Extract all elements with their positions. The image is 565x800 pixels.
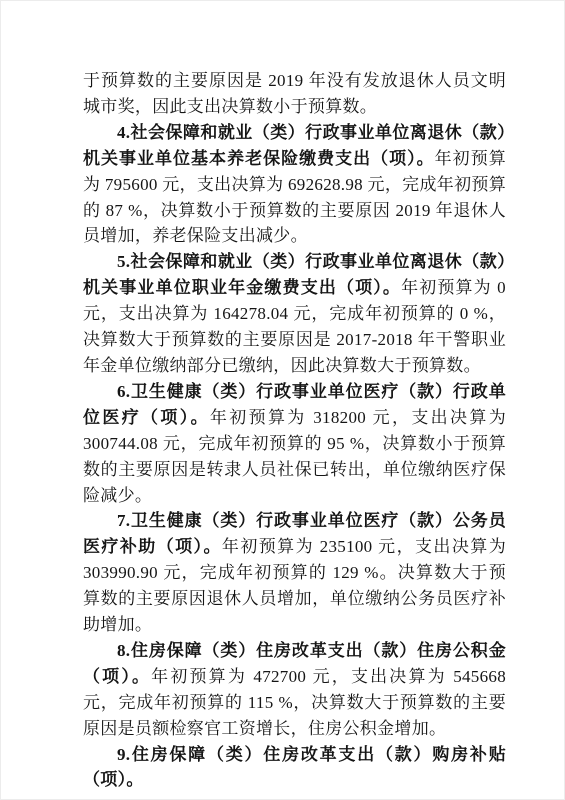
paragraph-section-5: 5.社会保障和就业（类）行政事业单位离退休（款）机关事业单位职业年金缴费支出（项…: [83, 249, 506, 379]
paragraph-section-6: 6.卫生健康（类）行政事业单位医疗（款）行政单位医疗（项）。年初预算为 3182…: [83, 379, 506, 509]
paragraph-section-7: 7.卫生健康（类）行政事业单位医疗（款）公务员医疗补助（项）。年初预算为 235…: [83, 508, 506, 638]
paragraph-section-8: 8.住房保障（类）住房改革支出（款）住房公积金（项）。年初预算为 472700 …: [83, 638, 506, 742]
paragraph-continuation: 于预算数的主要原因是 2019 年没有发放退休人员文明城市奖，因此支出决算数小于…: [83, 68, 506, 120]
paragraph-section-4: 4.社会保障和就业（类）行政事业单位离退休（款）机关事业单位基本养老保险缴费支出…: [83, 120, 506, 250]
paragraph-section-9: 9.住房保障（类）住房改革支出（款）购房补贴（项）。: [83, 742, 506, 794]
section-heading: 9.住房保障（类）住房改革支出（款）购房补贴（项）。: [83, 745, 506, 790]
document-text-block: 于预算数的主要原因是 2019 年没有发放退休人员文明城市奖，因此支出决算数小于…: [83, 68, 506, 793]
paragraph-text: 于预算数的主要原因是 2019 年没有发放退休人员文明城市奖，因此支出决算数小于…: [83, 71, 506, 116]
document-page: 于预算数的主要原因是 2019 年没有发放退休人员文明城市奖，因此支出决算数小于…: [0, 0, 565, 800]
